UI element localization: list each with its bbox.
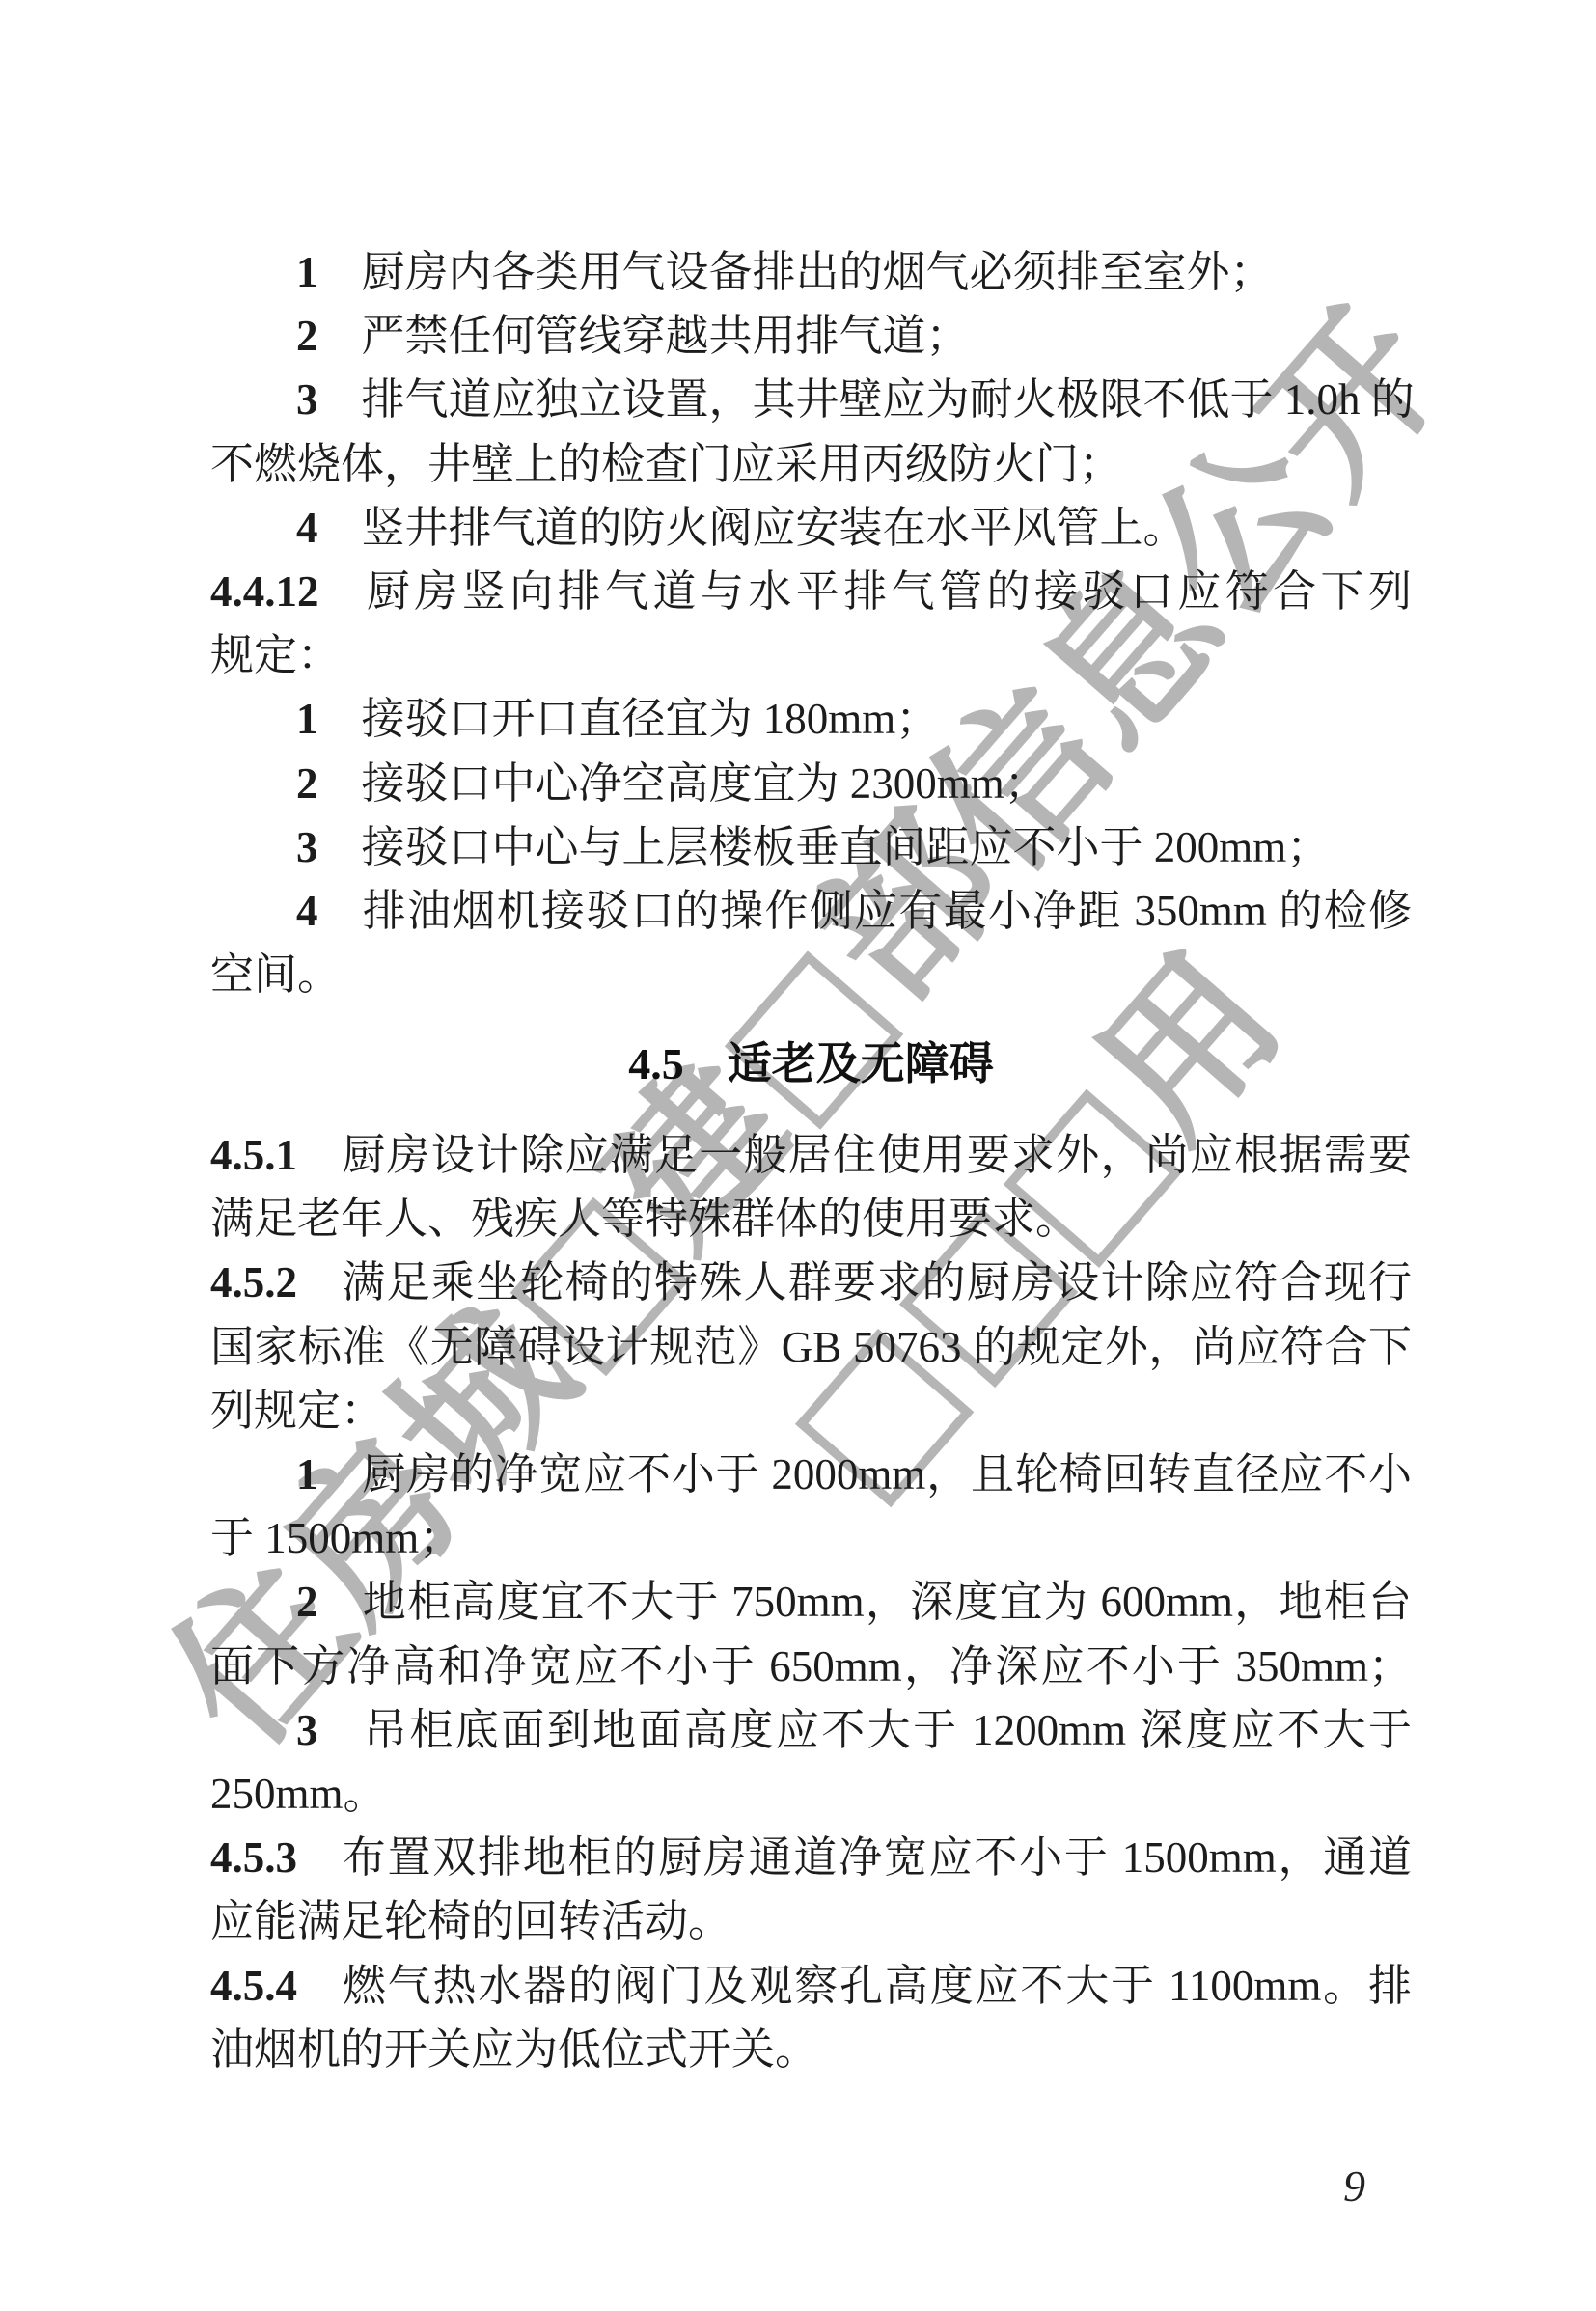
text-line: 4.5.3布置双排地柜的厨房通道净宽应不小于 1500mm，通道	[210, 1828, 1412, 1887]
text-line: 4排油烟机接驳口的操作侧应有最小净距 350mm 的检修	[296, 881, 1412, 941]
text-line: 列规定：	[210, 1381, 1412, 1441]
line-number: 4	[296, 504, 318, 552]
text-line: 1接驳口开口直径宜为 180mm；	[296, 689, 1412, 749]
line-text: 燃气热水器的阀门及观察孔高度应不大于 1100mm。排	[341, 1962, 1412, 2010]
line-text: 不燃烧体，井壁上的检查门应采用丙级防火门；	[210, 440, 1122, 488]
line-text: 厨房内各类用气设备排出的烟气必须排至室外；	[362, 248, 1274, 296]
line-text: 油烟机的开关应为低位式开关。	[210, 2025, 818, 2074]
page-number: 9	[1343, 2160, 1365, 2214]
text-line: 3接驳口中心与上层楼板垂直间距应不小于 200mm；	[296, 817, 1412, 877]
page-content: 1厨房内各类用气设备排出的烟气必须排至室外；2严禁任何管线穿越共用排气道；3排气…	[0, 0, 1596, 2311]
section-number: 4.5	[628, 1039, 684, 1088]
text-line: 3吊柜底面到地面高度应不大于 1200mm 深度应不大于	[296, 1700, 1412, 1760]
line-text: 于 1500mm；	[210, 1514, 462, 1562]
text-line: 于 1500mm；	[210, 1508, 1412, 1568]
text-line: 面下方净高和净宽应不小于 650mm，净深应不小于 350mm；	[210, 1637, 1412, 1696]
text-line: 应能满足轮椅的回转活动。	[210, 1891, 1412, 1951]
line-text: 应能满足轮椅的回转活动。	[210, 1897, 731, 1945]
text-line: 250mm。	[210, 1764, 1412, 1824]
line-number: 2	[296, 759, 318, 808]
document-page: 住房城□建□部信息公开 □□□用 1厨房内各类用气设备排出的烟气必须排至室外；2…	[0, 0, 1596, 2311]
text-line: 规定：	[210, 625, 1412, 685]
line-text: 满足乘坐轮椅的特殊人群要求的厨房设计除应符合现行	[341, 1258, 1412, 1307]
line-number: 1	[296, 248, 318, 296]
line-number: 1	[296, 1450, 318, 1499]
line-number: 3	[296, 1706, 318, 1754]
line-text: 面下方净高和净宽应不小于 650mm，净深应不小于 350mm；	[210, 1642, 1412, 1691]
line-text: 国家标准《无障碍设计规范》GB 50763 的规定外，尚应符合下	[210, 1323, 1412, 1371]
line-number: 3	[296, 375, 318, 424]
line-number: 4.5.3	[210, 1833, 297, 1882]
line-text: 吊柜底面到地面高度应不大于 1200mm 深度应不大于	[362, 1706, 1413, 1754]
text-line: 4.5.1厨房设计除应满足一般居住使用要求外，尚应根据需要	[210, 1125, 1412, 1185]
line-text: 250mm。	[210, 1770, 387, 1818]
line-number: 3	[296, 823, 318, 871]
text-line: 不燃烧体，井壁上的检查门应采用丙级防火门；	[210, 434, 1412, 494]
text-line: 4竖井排气道的防火阀应安装在水平风管上。	[296, 498, 1412, 558]
line-text: 规定：	[210, 631, 341, 679]
line-text: 竖井排气道的防火阀应安装在水平风管上。	[362, 504, 1187, 552]
line-text: 接驳口开口直径宜为 180mm；	[362, 695, 940, 743]
text-line: 1厨房的净宽应不小于 2000mm，且轮椅回转直径应不小	[296, 1444, 1412, 1504]
line-number: 2	[296, 312, 318, 360]
line-text: 空间。	[210, 950, 341, 999]
text-line: 油烟机的开关应为低位式开关。	[210, 2020, 1412, 2079]
line-text: 厨房设计除应满足一般居住使用要求外，尚应根据需要	[341, 1131, 1412, 1179]
line-text: 排气道应独立设置，其井壁应为耐火极限不低于 1.0h 的	[362, 375, 1415, 424]
section-title: 适老及无障碍	[728, 1038, 994, 1088]
text-line: 2接驳口中心净空高度宜为 2300mm；	[296, 754, 1412, 813]
section-heading: 4.5适老及无障碍	[210, 1033, 1412, 1094]
line-number: 4.5.2	[210, 1258, 297, 1307]
text-line: 4.4.12厨房竖向排气道与水平排气管的接驳口应符合下列	[210, 562, 1412, 621]
text-line: 1厨房内各类用气设备排出的烟气必须排至室外；	[296, 242, 1412, 302]
line-text: 列规定：	[210, 1387, 384, 1435]
line-text: 接驳口中心与上层楼板垂直间距应不小于 200mm；	[362, 823, 1331, 871]
text-line: 满足老年人、残疾人等特殊群体的使用要求。	[210, 1189, 1412, 1249]
line-number: 1	[296, 695, 318, 743]
line-number: 4.5.1	[210, 1131, 297, 1179]
line-text: 布置双排地柜的厨房通道净宽应不小于 1500mm，通道	[341, 1833, 1412, 1882]
text-line: 2地柜高度宜不大于 750mm，深度宜为 600mm，地柜台	[296, 1572, 1412, 1632]
text-line: 2严禁任何管线穿越共用排气道；	[296, 306, 1412, 366]
text-line: 空间。	[210, 945, 1412, 1004]
line-text: 满足老年人、残疾人等特殊群体的使用要求。	[210, 1195, 1079, 1243]
line-text: 厨房的净宽应不小于 2000mm，且轮椅回转直径应不小	[362, 1450, 1413, 1499]
text-line: 4.5.2满足乘坐轮椅的特殊人群要求的厨房设计除应符合现行	[210, 1252, 1412, 1312]
text-line: 国家标准《无障碍设计规范》GB 50763 的规定外，尚应符合下	[210, 1317, 1412, 1377]
text-line: 4.5.4燃气热水器的阀门及观察孔高度应不大于 1100mm。排	[210, 1956, 1412, 2016]
line-number: 2	[296, 1578, 318, 1626]
text-line: 3排气道应独立设置，其井壁应为耐火极限不低于 1.0h 的	[296, 370, 1412, 429]
line-number: 4.4.12	[210, 567, 319, 616]
line-number: 4	[296, 887, 318, 935]
line-text: 地柜高度宜不大于 750mm，深度宜为 600mm，地柜台	[362, 1578, 1413, 1626]
line-text: 严禁任何管线穿越共用排气道；	[362, 312, 970, 360]
line-number: 4.5.4	[210, 1962, 297, 2010]
line-text: 接驳口中心净空高度宜为 2300mm；	[362, 759, 1048, 808]
line-text: 厨房竖向排气道与水平排气管的接驳口应符合下列	[363, 567, 1413, 616]
line-text: 排油烟机接驳口的操作侧应有最小净距 350mm 的检修	[362, 887, 1413, 935]
